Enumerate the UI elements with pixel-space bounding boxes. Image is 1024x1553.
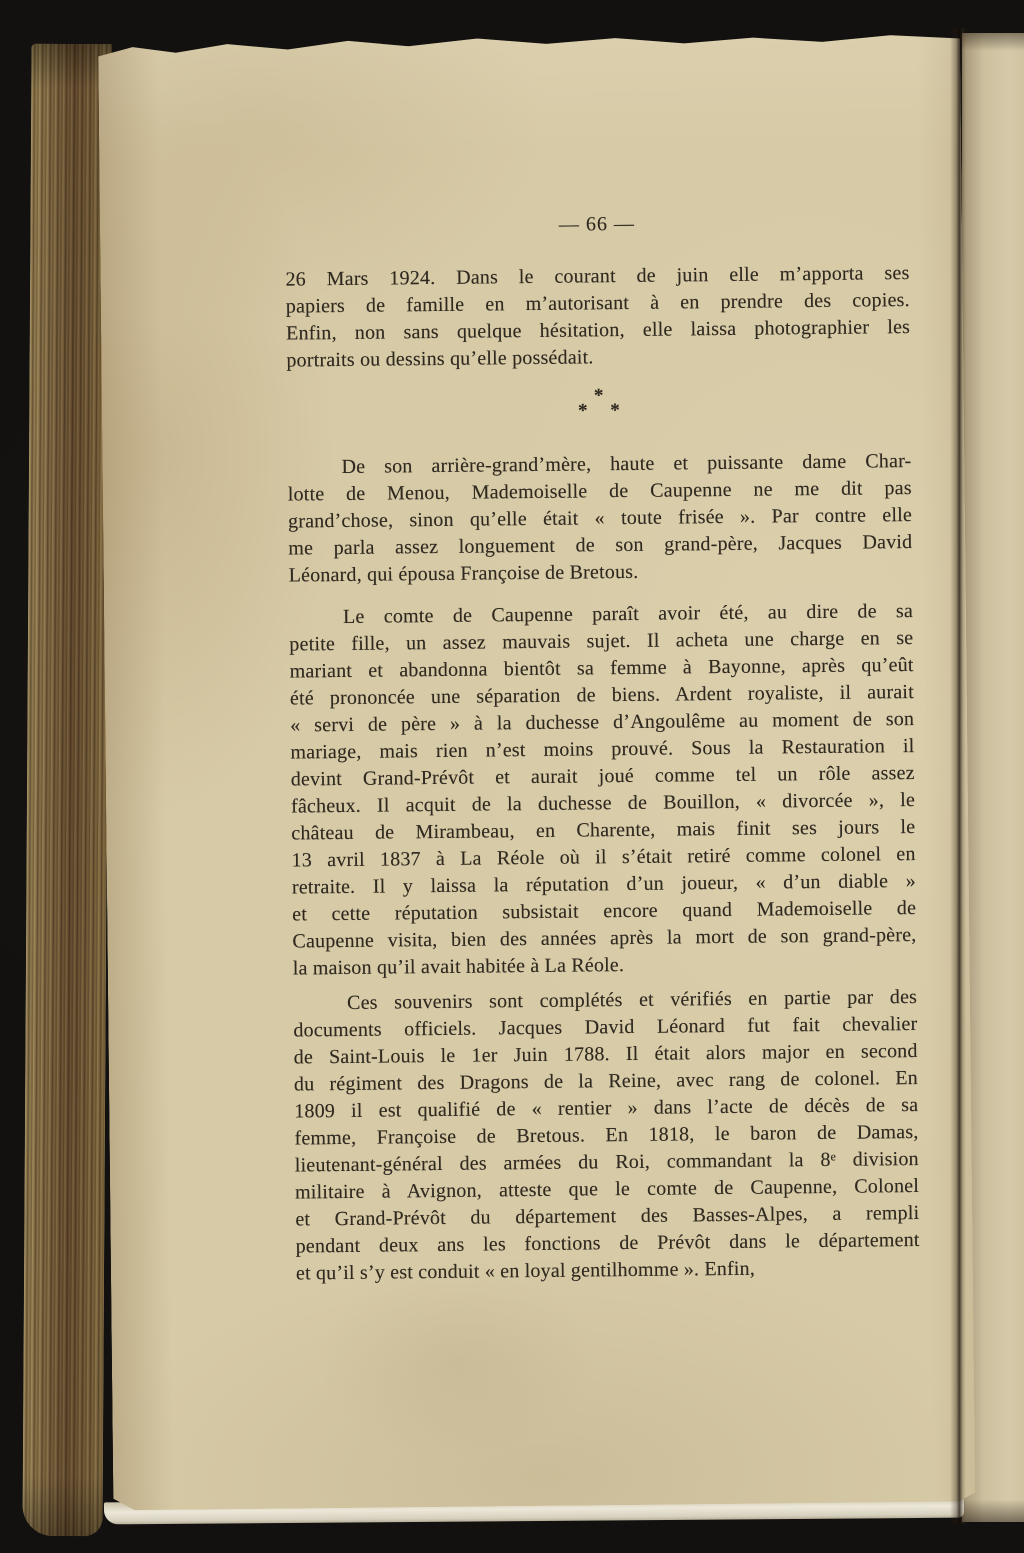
paragraph-4: Ces souvenirs sont complétés et vérifiés… — [293, 984, 920, 1288]
page-text-block: — 66 — 26 Mars 1924. Dans le courant de … — [283, 32, 922, 1508]
section-separator: * * * — [287, 386, 911, 423]
page-edge-stack — [22, 44, 111, 1536]
paragraph-1: 26 Mars 1924. Dans le courant de juin el… — [285, 260, 910, 375]
text-line: portraits ou dessins qu’elle possédait. — [286, 341, 910, 375]
paragraph-2: De son arrière-grand’mère, haute et puis… — [287, 448, 912, 590]
text-line: la maison qu’il avait habitée à La Réole… — [293, 949, 917, 983]
page-number: — 66 — — [285, 208, 909, 242]
book-page: — 66 — 26 Mars 1924. Dans le courant de … — [98, 31, 975, 1510]
page-gutter-shadow — [950, 28, 966, 1524]
paragraph-3: Le comte de Caupenne paraît avoir été, a… — [289, 598, 917, 983]
text-line: et qu’il s’y est conduit « en loyal gent… — [296, 1254, 920, 1288]
text-line: Léonard, qui épousa Françoise de Bretous… — [289, 556, 913, 590]
book-photo: — 66 — 26 Mars 1924. Dans le courant de … — [0, 0, 1024, 1553]
